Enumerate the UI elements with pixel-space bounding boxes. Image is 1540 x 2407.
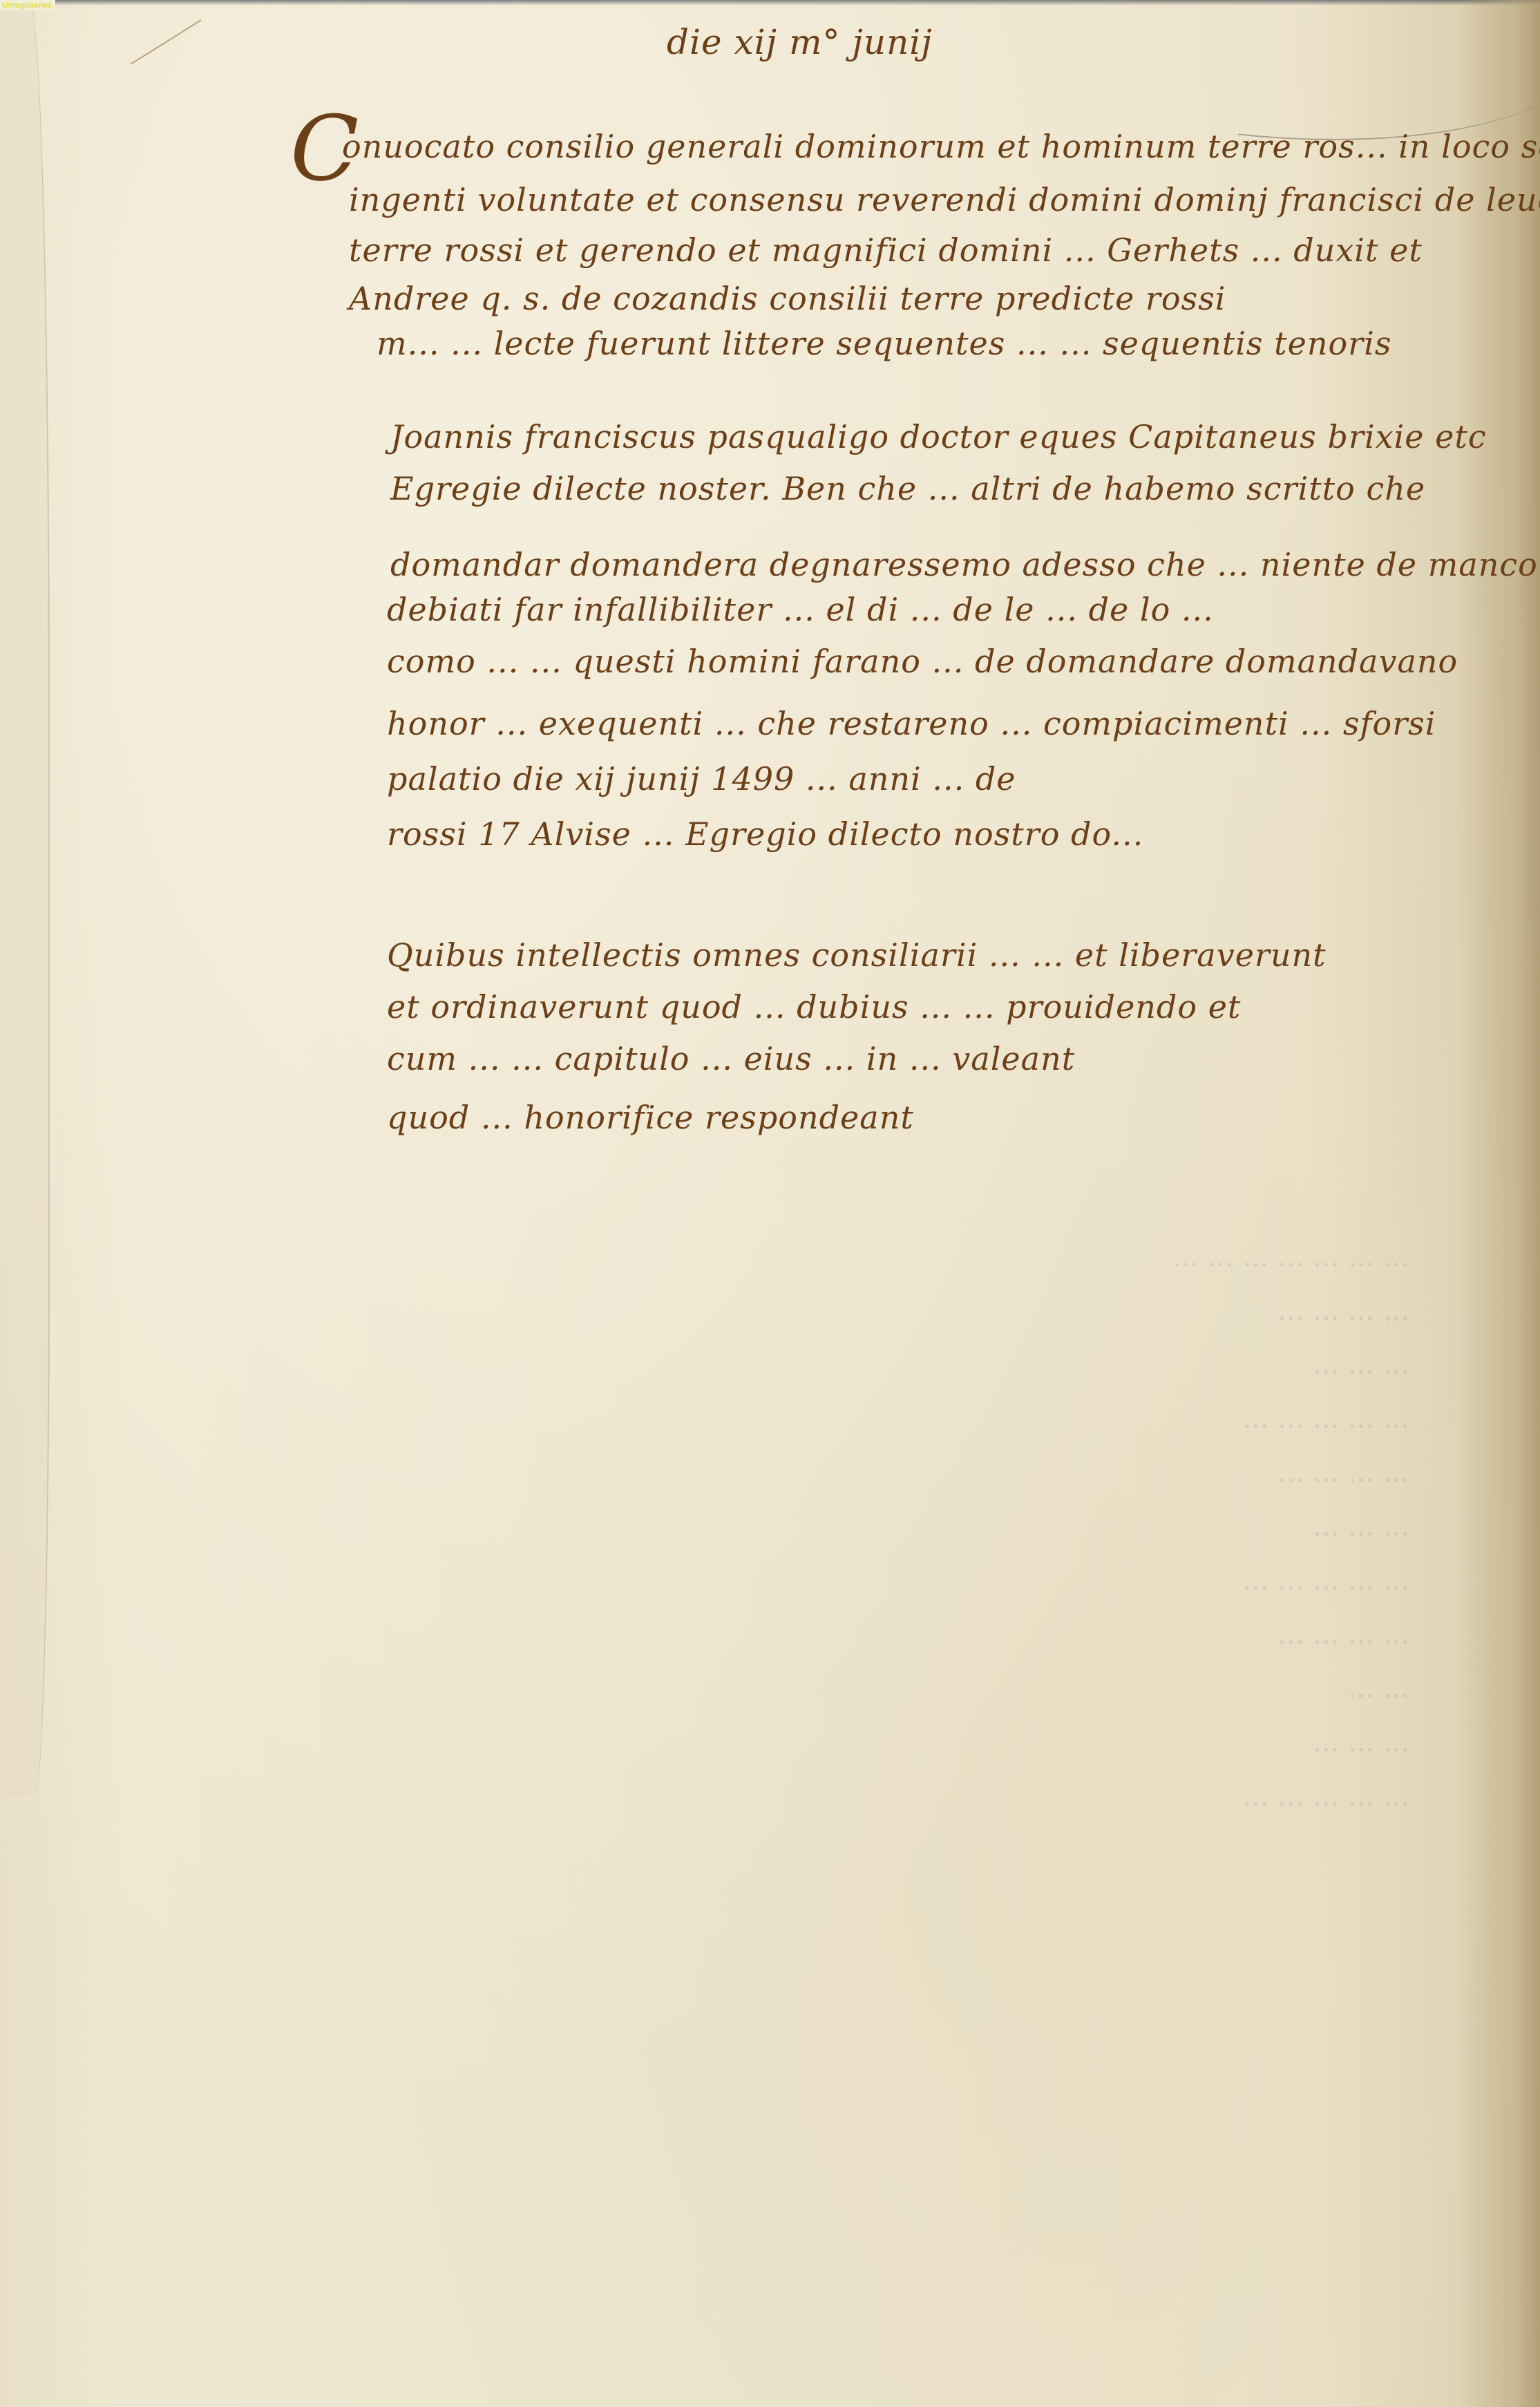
- torn-paper-edge: [0, 0, 50, 1797]
- bleed-line: ... ...: [373, 1661, 1409, 1715]
- bleed-line: ... ... ... ... ...: [373, 1392, 1409, 1446]
- bleed-line: ... ... ... ...: [373, 1446, 1409, 1500]
- bleed-line: ... ... ... ... ...: [373, 1554, 1409, 1607]
- text-line: terre rossi et gerendo et magnifici domi…: [349, 232, 1423, 269]
- text-line: como ... ... questi homini farano ... de…: [387, 643, 1458, 680]
- paper-crease: [131, 19, 202, 64]
- date-heading: die xij m° junij: [667, 22, 933, 62]
- manuscript-page: Unregistered. ... ... ... ... ... ... ..…: [0, 0, 1540, 2407]
- bleed-line: ... ... ...: [373, 1500, 1409, 1554]
- bleed-line: ... ... ... ...: [373, 1607, 1409, 1661]
- text-line: honor ... exequenti ... che restareno ..…: [387, 705, 1436, 742]
- text-line: rossi 17 Alvise ... Egregio dilecto nost…: [387, 815, 1143, 853]
- bleed-through-text: ... ... ... ... ... ... ... ... ... ... …: [373, 1230, 1409, 2267]
- text-line: Egregie dilecte noster. Ben che ... altr…: [390, 470, 1425, 507]
- text-line: Andree q. s. de cozandis consilii terre …: [349, 280, 1226, 317]
- bleed-line: ... ... ...: [373, 1715, 1409, 1769]
- text-line: onuocato consilio generali dominorum et …: [342, 128, 1540, 165]
- text-line: Joannis franciscus pasqualigo doctor equ…: [390, 418, 1487, 455]
- text-line: et ordinaverunt quod ... dubius ... ... …: [387, 988, 1241, 1026]
- text-line: ingenti voluntate et consensu reverendi …: [349, 181, 1540, 218]
- text-line: cum ... ... capitulo ... eius ... in ...…: [387, 1040, 1075, 1077]
- page-curl-shadow: [1457, 0, 1540, 2407]
- text-line: debiati far infallibiliter ... el di ...…: [387, 591, 1214, 628]
- text-line: Quibus intellectis omnes consiliarii ...…: [387, 936, 1327, 974]
- text-line: palatio die xij junij 1499 ... anni ... …: [387, 760, 1016, 797]
- scan-top-shadow: [0, 0, 1540, 6]
- bleed-line: ... ... ...: [373, 1338, 1409, 1392]
- text-line: m... ... lecte fuerunt littere sequentes…: [377, 325, 1391, 362]
- text-line: quod ... honorifice respondeant: [387, 1099, 914, 1136]
- unregistered-watermark: Unregistered.: [0, 0, 55, 10]
- bleed-line: ... ... ... ... ... ... ...: [373, 1230, 1409, 1284]
- text-line: domandar domandera degnaressemo adesso c…: [390, 546, 1538, 583]
- bleed-line: ... ... ... ...: [373, 1284, 1409, 1338]
- bleed-line: ... ... ... ... ...: [373, 1769, 1409, 1823]
